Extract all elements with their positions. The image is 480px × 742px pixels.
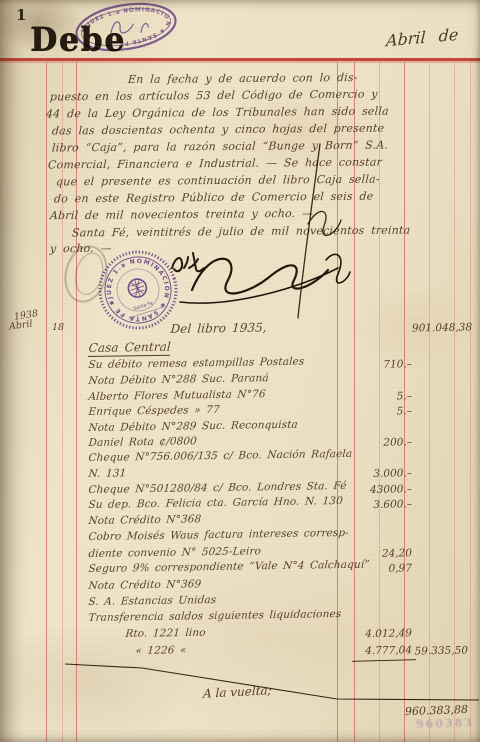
ledger-row: Su débito remesa estampillas Postales 71… <box>80 359 480 375</box>
paragraph-line: 44 de la Ley Orgánica de los Tribunales … <box>46 105 390 121</box>
entry-desc: Casa Central <box>88 340 171 357</box>
entry-desc: diente convenio N° 5025-Leiro <box>88 545 261 560</box>
ledger-row: Su dep. Bco. Felicia cta. García Hno. N.… <box>80 499 480 515</box>
signature <box>150 128 360 328</box>
entry-desc: Nota Débito N°289 Suc. Reconquista <box>88 419 298 434</box>
paragraph-line: puesto en los artículos 53 del Código de… <box>50 88 379 104</box>
entry-desc: Enrique Céspedes » 77 <box>88 404 220 418</box>
ledger-page: 1 Debe Abril de En la fecha y de acuerdo… <box>0 0 480 742</box>
oval-stamp-ring-text: ✱ JUEZ 1.a NOMINACIÓN ✱ SANTA FE <box>78 1 175 52</box>
page-number: 1 <box>16 6 26 24</box>
entry-amount-1: 5.– <box>330 390 412 403</box>
entry-amount-1: 710.– <box>330 358 412 371</box>
date-header: Abril de <box>386 25 459 50</box>
entry-amount-1: 5.– <box>330 405 412 418</box>
ledger-row: Del libro 1935, 901.048,38 <box>80 322 480 338</box>
margin-day: 18 <box>52 322 64 333</box>
entry-desc: Su débito remesa estampillas Postales <box>88 356 305 371</box>
entry-desc: Nota Crédito N°369 <box>88 578 202 592</box>
ghost-stamp: 960383 <box>416 716 474 731</box>
entry-desc: S. A. Estancias Unidas <box>88 594 217 608</box>
entry-amount-1: 3.000.– <box>330 467 412 480</box>
entry-desc: Transferencia saldos siguientes liquidac… <box>88 608 342 624</box>
entry-amount-1: 3.600.– <box>330 498 412 511</box>
entry-desc: Daniel Rota ¢/0800 <box>88 435 197 449</box>
svg-text:✱ JUEZ 1.a NOMINACIÓN ✱ SANTA: ✱ JUEZ 1.a NOMINACIÓN ✱ SANTA FE <box>78 1 175 52</box>
entry-desc: Nota Crédito N°368 <box>88 513 202 527</box>
oval-court-stamp: ✱ JUEZ 1.a NOMINACIÓN ✱ SANTA FE <box>69 0 184 61</box>
entry-desc: Alberto Flores Mutualista N°76 <box>88 388 266 403</box>
ledger-row: Rto. 1221 lino 4.012,49 <box>80 628 480 644</box>
ledger-row: Seguro 9% correspondiente “Vale N°4 Calc… <box>80 563 480 579</box>
entry-desc: Del libro 1935, <box>170 320 267 336</box>
ledger-row: Casa Central <box>80 341 480 357</box>
ledger-row: Nota Débito N°288 Suc. Paraná <box>80 375 480 391</box>
ledger-row: Nota Crédito N°369 <box>80 580 480 596</box>
header-rule <box>0 58 480 61</box>
ledger-row: Cobro Moisés Waus factura intereses corr… <box>80 531 480 547</box>
entry-amount-1: 0,97 <box>330 562 412 575</box>
ledger-row: Transferencia saldos siguientes liquidac… <box>80 612 480 628</box>
paragraph-line: En la fecha y de acuerdo con lo dis- <box>128 71 358 86</box>
entry-amount-2: 901.048,38 <box>412 322 468 335</box>
margin-month: Abril <box>8 319 33 333</box>
entry-desc: Nota Débito N°288 Suc. Paraná <box>88 372 269 387</box>
vline-margin-1 <box>46 62 47 742</box>
entry-desc: N. 131 <box>88 467 127 480</box>
entry-amount-1: 4.012,49 <box>330 627 412 640</box>
entry-desc: Rto. 1221 lino <box>125 627 206 640</box>
ledger-row: Cheque N°756.006/135 c/ Bco. Nación Rafa… <box>80 452 480 468</box>
